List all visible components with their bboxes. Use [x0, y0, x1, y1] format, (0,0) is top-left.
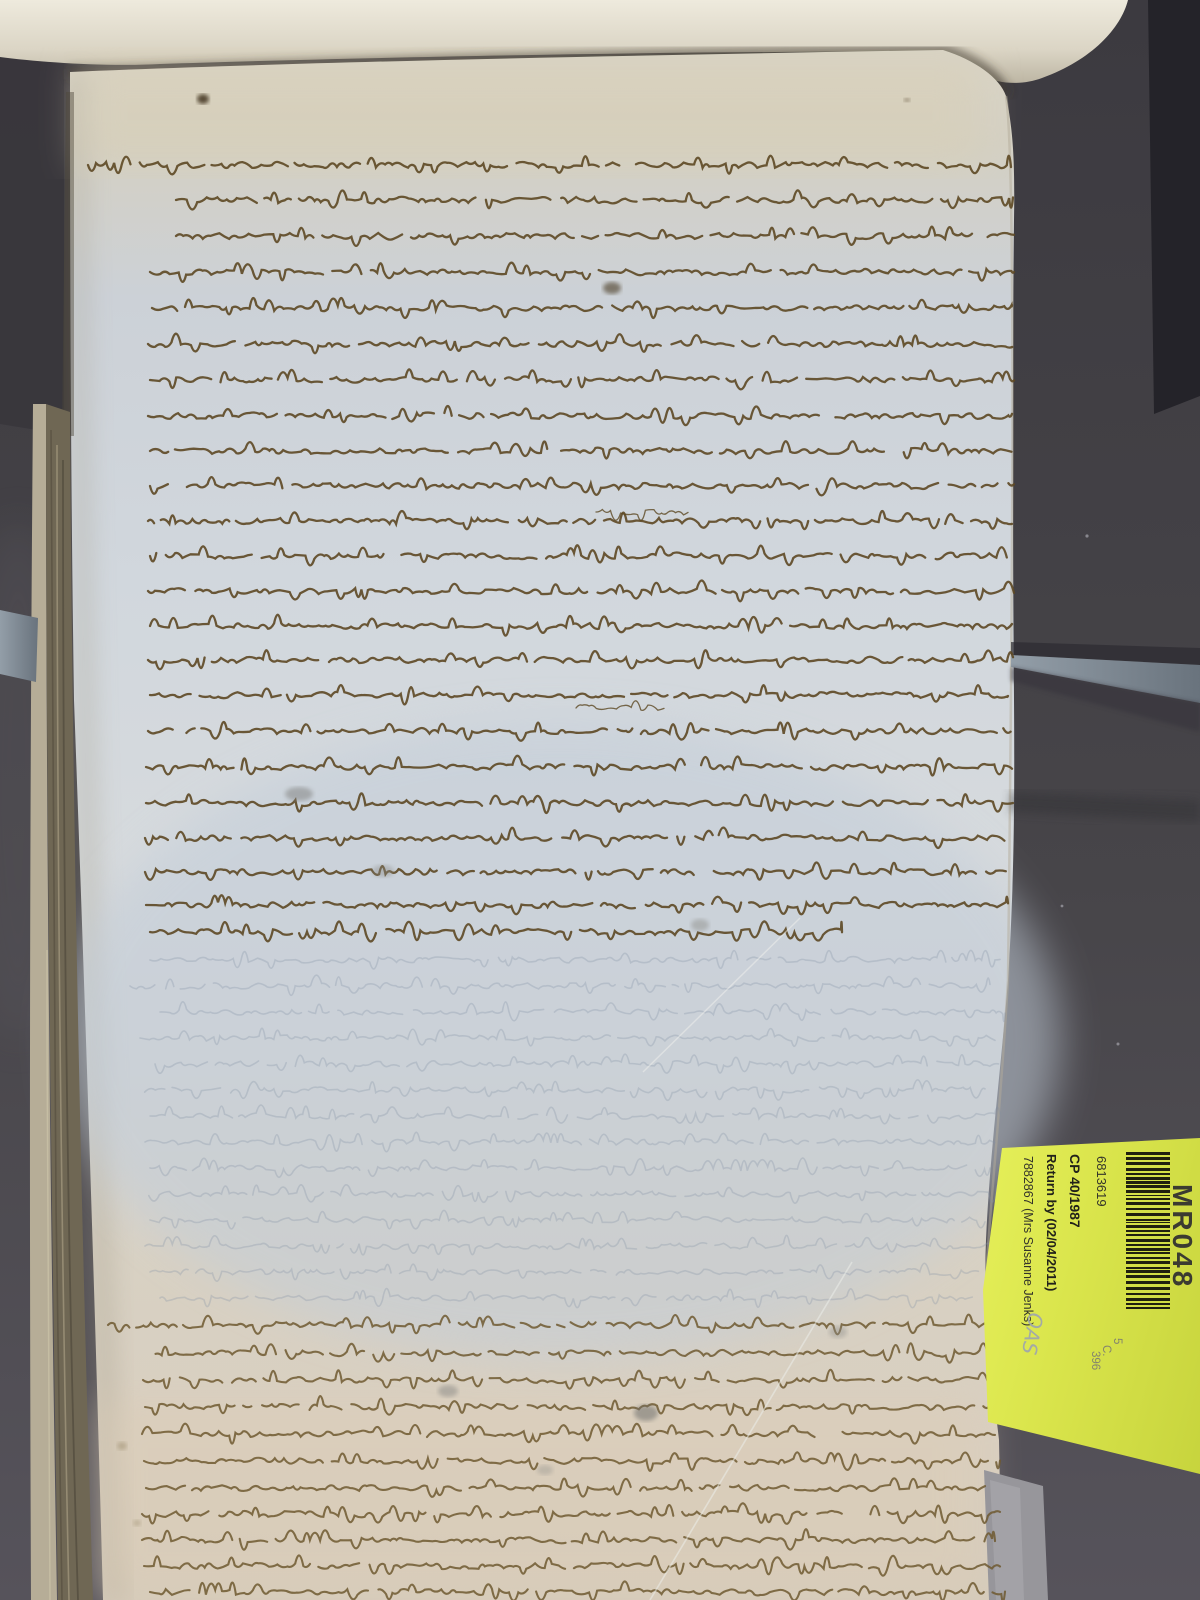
label-corner-note: 396 [1087, 1351, 1100, 1381]
membrane-cool-tint [60, 720, 1060, 1360]
label-class-mark: CP 40/1987 [1064, 1154, 1082, 1244]
label-return-by: Return by (02/04/2011) [1041, 1154, 1058, 1324]
photo-scene: MR048 6813619 CP 40/1987 Return by (02/0… [0, 0, 1200, 1600]
strap-left [0, 610, 38, 682]
label-barcode-number: 6813619 [1092, 1156, 1108, 1226]
dust-speck [1085, 534, 1088, 537]
dust-speck [1061, 905, 1064, 908]
membrane-warm-bottom [100, 1400, 980, 1600]
table-dark-slot [1148, 0, 1200, 414]
dust-speck [1117, 1043, 1120, 1046]
label-seat-code: MR048 [1166, 1184, 1196, 1279]
membrane-warm-top [80, 58, 980, 168]
barcode [1126, 1152, 1170, 1310]
